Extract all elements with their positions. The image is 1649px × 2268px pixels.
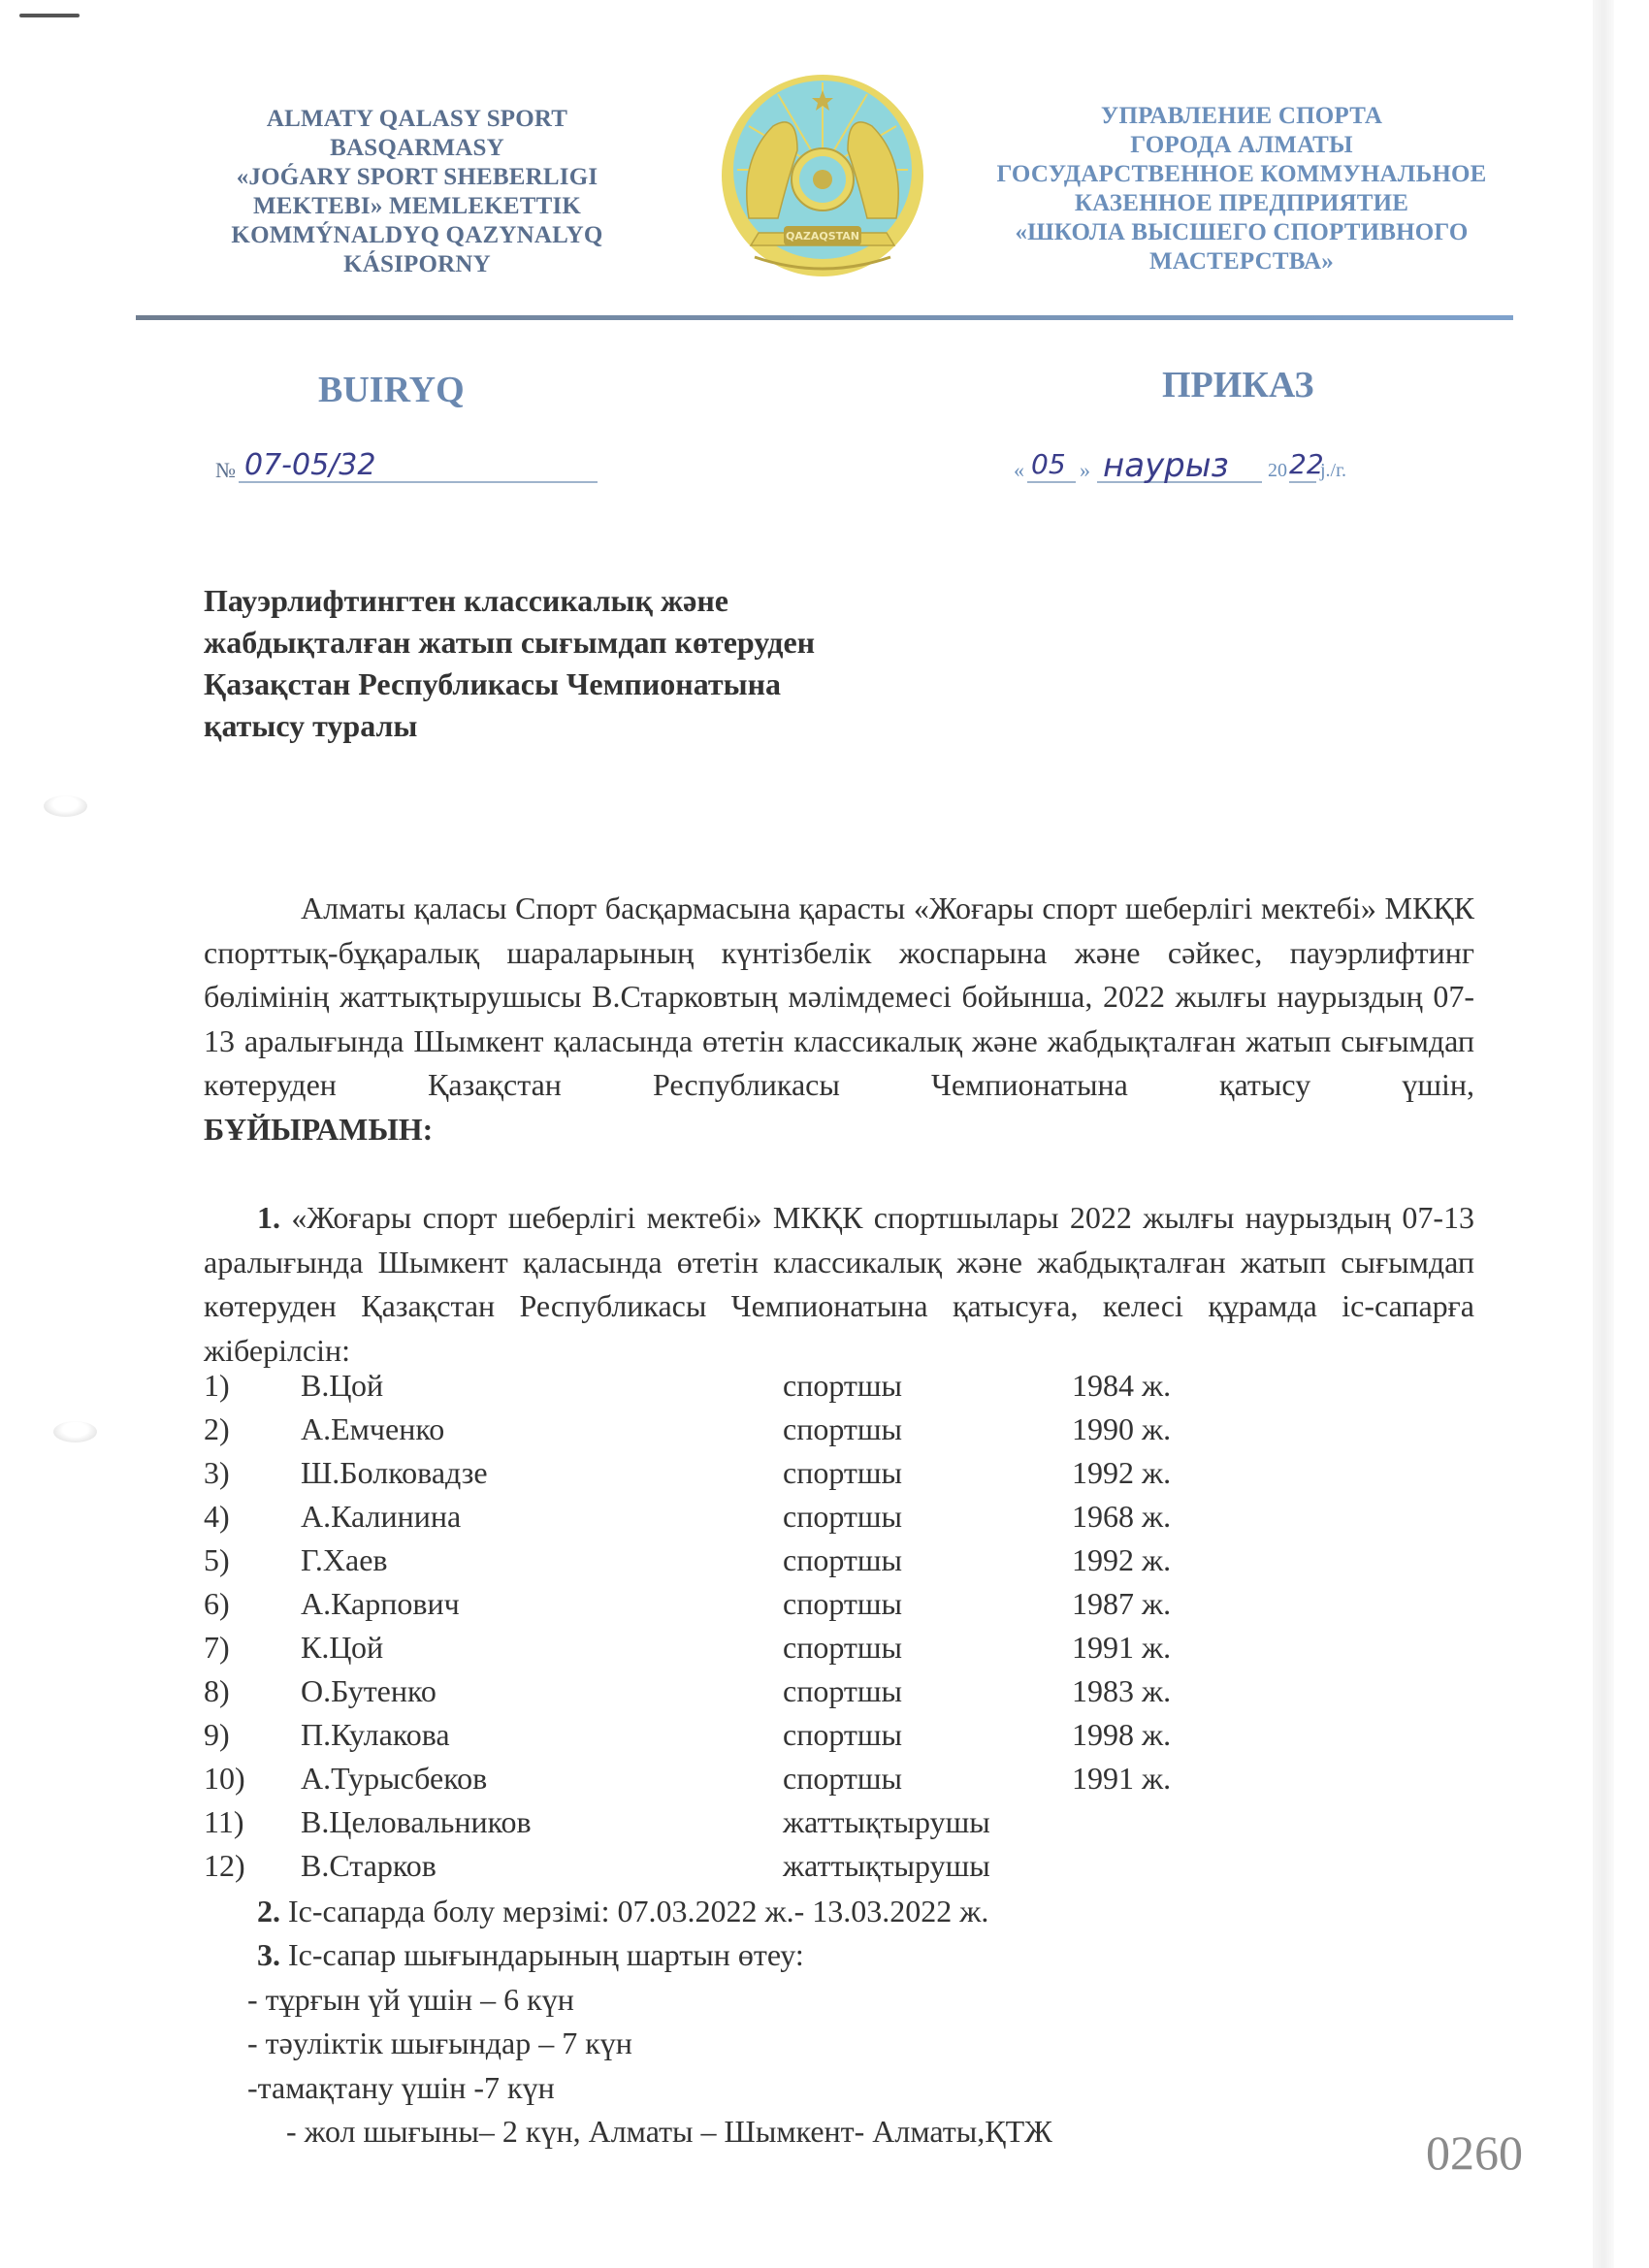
expense-line: - тәуліктік шығындар – 7 күн [204, 2022, 1474, 2066]
date-year-unit: j./г. [1320, 460, 1346, 482]
order-number-value: 07-05/32 [244, 448, 375, 482]
letterhead-divider [136, 315, 1513, 320]
order-title-ru: ПРИКАЗ [1162, 364, 1313, 406]
expense-line: - тұрғын үй үшін – 6 күн [204, 1978, 1474, 2023]
item-3: 3. Іс-сапар шығындарының шартын өтеу: - … [204, 1933, 1474, 2155]
expense-line: - жол шығыны– 2 күн, Алматы – Шымкент- А… [204, 2110, 1474, 2155]
order-word: БҰЙЫРАМЫН: [204, 1108, 1474, 1152]
participant-name: П.Кулакова [301, 1713, 450, 1757]
participant-name: А.Калинина [301, 1495, 461, 1539]
participant-number: 9) [204, 1713, 230, 1757]
participant-number: 5) [204, 1539, 230, 1582]
letterhead-ru-line: КАЗЕННОЕ ПРЕДПРИЯТИЕ [960, 189, 1523, 218]
participant-name: К.Цой [301, 1626, 383, 1669]
letterhead-kz-line: «JOǴARY SPORT SHEBERLIGI [194, 163, 640, 192]
letterhead-kz-line: BASQARMASY [194, 134, 640, 163]
participant-name: В.Старков [301, 1844, 436, 1888]
participant-number: 2) [204, 1408, 230, 1451]
participant-name: В.Целовальников [301, 1800, 532, 1844]
letterhead-kz-line: KOMMÝNALDYQ QAZYNALYQ [194, 221, 640, 250]
state-emblem-icon: QAZAQSTAN [720, 73, 925, 278]
subject-line: Қазақстан Республикасы Чемпионатына [204, 664, 1077, 705]
letterhead-kz: ALMATY QALASY SPORT BASQARMASY «JOǴARY S… [194, 105, 640, 279]
letterhead-ru-line: МАСТЕРСТВА» [960, 247, 1523, 276]
letterhead-ru: УПРАВЛЕНИЕ СПОРТА ГОРОДА АЛМАТЫ ГОСУДАРС… [960, 102, 1523, 276]
participant-number: 7) [204, 1626, 230, 1669]
item-3-text: Іс-сапар шығындарының шартын өтеу: [288, 1937, 804, 1972]
svg-text:QAZAQSTAN: QAZAQSTAN [786, 230, 859, 243]
punch-hole [53, 1421, 97, 1442]
participant-role: жаттықтырушы [783, 1844, 990, 1888]
participant-name: А.Турысбеков [301, 1757, 487, 1800]
participant-name: Г.Хаев [301, 1539, 388, 1582]
preamble-text: Алматы қаласы Спорт басқармасына қарасты… [204, 887, 1474, 1108]
scan-mark [19, 14, 80, 17]
participant-number: 10) [204, 1757, 245, 1800]
participant-birth-year: 1992 ж. [1072, 1539, 1171, 1582]
order-number: № 07-05/32 [215, 448, 598, 483]
participant-birth-year: 1968 ж. [1072, 1495, 1171, 1539]
item-1-number: 1. [257, 1200, 280, 1235]
participant-name: А.Емченко [301, 1408, 444, 1451]
participant-name: О.Бутенко [301, 1669, 436, 1713]
order-title-kz: BUIRYQ [318, 369, 465, 411]
letterhead-ru-line: ГОСУДАРСТВЕННОЕ КОММУНАЛЬНОЕ [960, 160, 1523, 189]
letterhead-kz-line: KÁSIPORNY [194, 250, 640, 279]
participant-role: спортшы [783, 1451, 902, 1495]
participant-role: спортшы [783, 1539, 902, 1582]
order-date: « 05 » наурыз 20 22 j./г. [1014, 448, 1450, 506]
participant-birth-year: 1983 ж. [1072, 1669, 1171, 1713]
punch-hole [44, 795, 87, 817]
item-3-number: 3. [257, 1937, 280, 1972]
participant-name: Ш.Болковадзе [301, 1451, 488, 1495]
preamble: Алматы қаласы Спорт басқармасына қарасты… [204, 887, 1474, 1151]
participant-role: спортшы [783, 1582, 902, 1626]
letterhead-ru-line: «ШКОЛА ВЫСШЕГО СПОРТИВНОГО [960, 218, 1523, 247]
letterhead-kz-line: MEKTEBI» MEMLEKETTIK [194, 192, 640, 221]
participant-birth-year: 1992 ж. [1072, 1451, 1171, 1495]
participant-number: 12) [204, 1844, 245, 1888]
participant-number: 4) [204, 1495, 230, 1539]
participant-role: спортшы [783, 1626, 902, 1669]
participant-role: спортшы [783, 1713, 902, 1757]
page-stamp-number: 0260 [1426, 2124, 1523, 2181]
date-day: 05 [1031, 448, 1066, 480]
page-edge-shadow [1593, 0, 1614, 2268]
participant-name: В.Цой [301, 1364, 383, 1408]
letterhead-kz-line: ALMATY QALASY SPORT [194, 105, 640, 134]
participant-birth-year: 1990 ж. [1072, 1408, 1171, 1451]
participant-number: 1) [204, 1364, 230, 1408]
item-1: 1. «Жоғары спорт шеберлігі мектебі» МКҚК… [204, 1196, 1474, 1373]
participant-role: спортшы [783, 1364, 902, 1408]
item-1-text: «Жоғары спорт шеберлігі мектебі» МКҚК сп… [204, 1200, 1474, 1368]
participant-number: 6) [204, 1582, 230, 1626]
participant-birth-year: 1984 ж. [1072, 1364, 1171, 1408]
letterhead-ru-line: ГОРОДА АЛМАТЫ [960, 131, 1523, 160]
date-year-prefix: 20 [1268, 460, 1287, 482]
item-2-number: 2. [257, 1894, 280, 1928]
participant-name: А.Карпович [301, 1582, 460, 1626]
subject-line: жабдықталған жатып сығымдап көтеруден [204, 622, 1077, 664]
item-2: 2. Іс-сапарда болу мерзімі: 07.03.2022 ж… [204, 1890, 1474, 1934]
participant-number: 3) [204, 1451, 230, 1495]
participant-role: спортшы [783, 1408, 902, 1451]
participant-birth-year: 1991 ж. [1072, 1757, 1171, 1800]
participant-role: спортшы [783, 1669, 902, 1713]
participant-number: 8) [204, 1669, 230, 1713]
participant-birth-year: 1987 ж. [1072, 1582, 1171, 1626]
subject-line: Пауэрлифтингтен классикалық және [204, 580, 1077, 622]
subject-line: қатысу туралы [204, 705, 1077, 747]
participant-birth-year: 1991 ж. [1072, 1626, 1171, 1669]
expense-line: -тамақтану үшін -7 күн [204, 2066, 1474, 2111]
number-prefix: № [215, 458, 236, 483]
participant-role: спортшы [783, 1757, 902, 1800]
date-year: 22 [1289, 448, 1324, 480]
participant-birth-year: 1998 ж. [1072, 1713, 1171, 1757]
date-month: наурыз [1103, 446, 1229, 485]
participant-number: 11) [204, 1800, 243, 1844]
participant-role: жаттықтырушы [783, 1800, 990, 1844]
order-subject: Пауэрлифтингтен классикалық және жабдықт… [204, 580, 1077, 747]
participant-role: спортшы [783, 1495, 902, 1539]
item-2-text: Іс-сапарда болу мерзімі: 07.03.2022 ж.- … [288, 1894, 988, 1928]
letterhead-ru-line: УПРАВЛЕНИЕ СПОРТА [960, 102, 1523, 131]
